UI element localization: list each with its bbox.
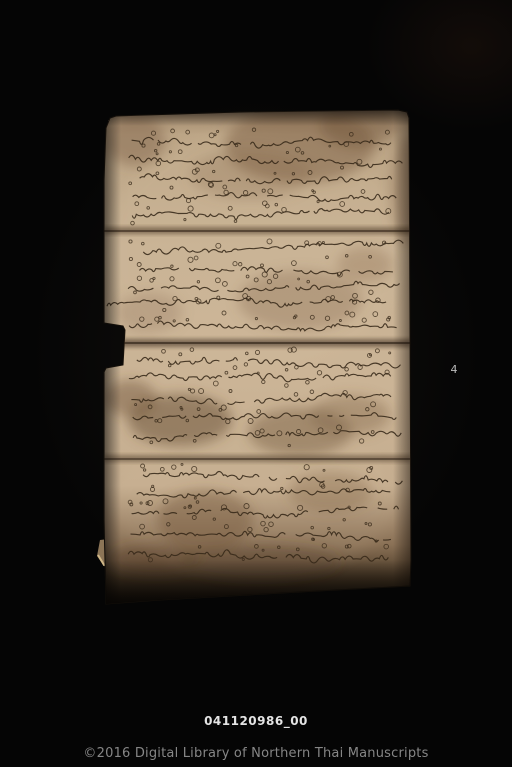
image-caption: 041120986_00 bbox=[0, 714, 512, 728]
photo-stage bbox=[0, 0, 512, 767]
photo-viewer: { "viewer": { "background_color": "#0505… bbox=[0, 0, 512, 767]
manuscript-photo bbox=[0, 0, 512, 767]
copyright-notice: ©2016 Digital Library of Northern Thai M… bbox=[0, 746, 512, 761]
page-number: 4 bbox=[446, 363, 462, 376]
